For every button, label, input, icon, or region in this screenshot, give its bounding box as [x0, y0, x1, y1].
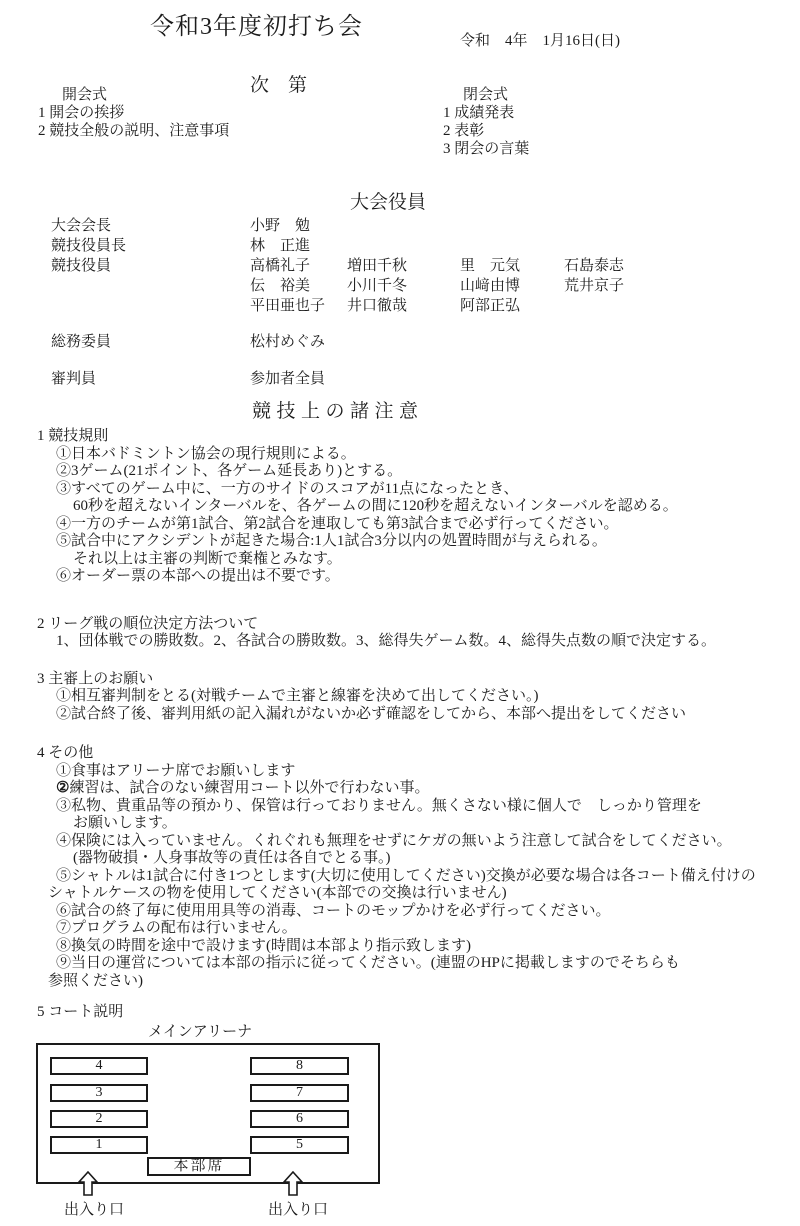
court-box: 4: [50, 1057, 148, 1075]
official-name: 平田亜也子: [250, 294, 347, 314]
agenda-opening: 開会式 1 開会の挨拶 2 競技全般の説明、注意事項: [38, 86, 229, 140]
agenda-opening-title: 開会式: [38, 86, 229, 104]
note-line: ②3ゲーム(21ポイント、各ゲーム延長あり)とする。: [0, 463, 800, 481]
note-line: ①相互審判制をとる(対戦チームで主審と線審を決めて出してください。): [0, 688, 800, 706]
agenda-closing-title: 閉会式: [443, 86, 529, 104]
note-line: ④保険には入っていません。くれぐれも無理をせずにケガの無いよう注意して試合をして…: [0, 833, 800, 851]
agenda-item: 2 競技全般の説明、注意事項: [38, 122, 229, 140]
court-section-header: 5 コート説明: [0, 1004, 800, 1022]
official-name: 増田千秋: [347, 254, 460, 274]
note-line: ①日本バドミントン協会の現行規則による。: [0, 446, 800, 464]
document-title: 令和3年度初打ち会: [150, 6, 363, 41]
note-line: ⑨当日の運営については本部の指示に従ってください。(連盟のHPに掲載しますのでそ…: [0, 955, 800, 973]
agenda-item: 1 開会の挨拶: [38, 104, 229, 122]
official-name: 小野 勉: [250, 214, 347, 234]
officials-table: 大会会長 小野 勉 競技役員長 林 正進 競技役員 高橋礼子 増田千秋 里 元気…: [0, 214, 661, 387]
official-name: 石島泰志: [564, 254, 661, 274]
note-line: それ以上は主審の判断で棄権とみなす。: [0, 551, 800, 569]
note-line: ②試合終了後、審判用紙の記入漏れがないか必ず確認をしてから、本部へ提出をしてくだ…: [0, 706, 800, 724]
official-name: 伝 裕美: [250, 274, 347, 294]
official-row: 平田亜也子 井口徹哉 阿部正弘: [0, 294, 661, 314]
notes-heading: 競技上の諸注意: [252, 396, 424, 423]
arena-label: メインアリーナ: [148, 1023, 252, 1041]
note-line: 60秒を超えないインターバルを、各ゲームの間に120秒を超えないインターバルを認…: [0, 498, 800, 516]
note-section-header: 3 主審上のお願い: [0, 671, 800, 689]
court-box: 7: [250, 1084, 349, 1102]
court-box: 5: [250, 1136, 349, 1154]
official-label: [51, 274, 250, 294]
event-date: 令和 4年 1月16日(日): [460, 29, 620, 50]
agenda-item: 2 表彰: [443, 122, 529, 140]
official-label: 審判員: [51, 367, 250, 387]
note-line: 参照ください): [0, 973, 800, 991]
official-name: 里 元気: [460, 254, 564, 274]
official-label: 総務委員: [51, 330, 250, 350]
note-line: ③私物、貴重品等の預かり、保管は行っておりません。無くさない様に個人で しっかり…: [0, 798, 800, 816]
note-line: (器物破損・人身事故等の責任は各自でとる事。): [0, 850, 800, 868]
note-line: ⑤試合中にアクシデントが起きた場合:1人1試合3分以内の処置時間が与えられる。: [0, 533, 800, 551]
official-label: 競技役員: [51, 254, 250, 274]
note-line: ①食事はアリーナ席でお願いします: [0, 763, 800, 781]
note-line: シャトルケースの物を使用してください(本部での交換は行いません): [0, 885, 800, 903]
court-box: 8: [250, 1057, 349, 1075]
note-section-header: 1 競技規則: [0, 428, 800, 446]
note-line: ③すべてのゲーム中に、一方のサイドのスコアが11点になったとき、: [0, 481, 800, 499]
official-name: 井口徹哉: [347, 294, 460, 314]
note-line: 1、団体戦での勝敗数。2、各試合の勝敗数。3、総得失ゲーム数。4、総得失点数の順…: [0, 633, 800, 651]
note-line: ⑤シャトルは1試合に付き1つとします(大切に使用してください)交換が必要な場合は…: [0, 868, 800, 886]
court-box: 3: [50, 1084, 148, 1102]
notes-body: 1 競技規則 ①日本バドミントン協会の現行規則による。 ②3ゲーム(21ポイント…: [0, 428, 800, 1022]
court-box: 2: [50, 1110, 148, 1128]
official-name: 山﨑由博: [460, 274, 564, 294]
official-label: 競技役員長: [51, 234, 250, 254]
official-name: 参加者全員: [250, 367, 347, 387]
official-row: 大会会長 小野 勉: [0, 214, 661, 234]
arena-diagram: 4 3 2 1 8 7 6 5 本部席: [36, 1043, 380, 1184]
exit-label: 出入り口: [64, 1198, 124, 1219]
agenda-item: 1 成績発表: [443, 104, 529, 122]
note-line: ⑥オーダー票の本部への提出は不要です。: [0, 568, 800, 586]
note-section-header: 2 リーグ戦の順位決定方法ついて: [0, 616, 800, 634]
event-program-document: 令和3年度初打ち会 令和 4年 1月16日(日) 次 第 開会式 1 開会の挨拶…: [0, 0, 800, 1226]
official-name: 松村めぐみ: [250, 330, 347, 350]
official-name: 阿部正弘: [460, 294, 564, 314]
official-label: [51, 294, 250, 314]
officials-heading: 大会役員: [350, 187, 426, 214]
exit-arrow-icon: [78, 1171, 98, 1196]
official-row: 審判員 参加者全員: [0, 367, 661, 387]
official-label: 大会会長: [51, 214, 250, 234]
note-line: ⑥試合の終了毎に使用用具等の消毒、コートのモップかけを必ず行ってください。: [0, 903, 800, 921]
note-line: お願いします。: [0, 815, 800, 833]
exit-arrow-icon: [283, 1171, 303, 1196]
agenda-item: 3 閉会の言葉: [443, 140, 529, 158]
exit-label: 出入り口: [268, 1198, 328, 1219]
official-row: 競技役員 高橋礼子 増田千秋 里 元気 石島泰志: [0, 254, 661, 274]
official-name: 荒井京子: [564, 274, 661, 294]
note-section-header: 4 その他: [0, 745, 800, 763]
note-line: ②練習は、試合のない練習用コート以外で行わない事。: [0, 780, 800, 798]
hq-box: 本部席: [147, 1157, 251, 1176]
official-row: 伝 裕美 小川千冬 山﨑由博 荒井京子: [0, 274, 661, 294]
official-row: 競技役員長 林 正進: [0, 234, 661, 254]
court-box: 6: [250, 1110, 349, 1128]
note-line: ⑦プログラムの配布は行いません。: [0, 920, 800, 938]
court-box: 1: [50, 1136, 148, 1154]
agenda-closing: 閉会式 1 成績発表 2 表彰 3 閉会の言葉: [443, 86, 529, 158]
note-line: ④一方のチームが第1試合、第2試合を連取しても第3試合まで必ず行ってください。: [0, 516, 800, 534]
official-row: 総務委員 松村めぐみ: [0, 330, 661, 350]
agenda-heading: 次 第: [250, 70, 307, 97]
note-line: ⑧換気の時間を途中で設けます(時間は本部より指示致します): [0, 938, 800, 956]
official-name: 高橋礼子: [250, 254, 347, 274]
official-name: 林 正進: [250, 234, 347, 254]
official-name: 小川千冬: [347, 274, 460, 294]
